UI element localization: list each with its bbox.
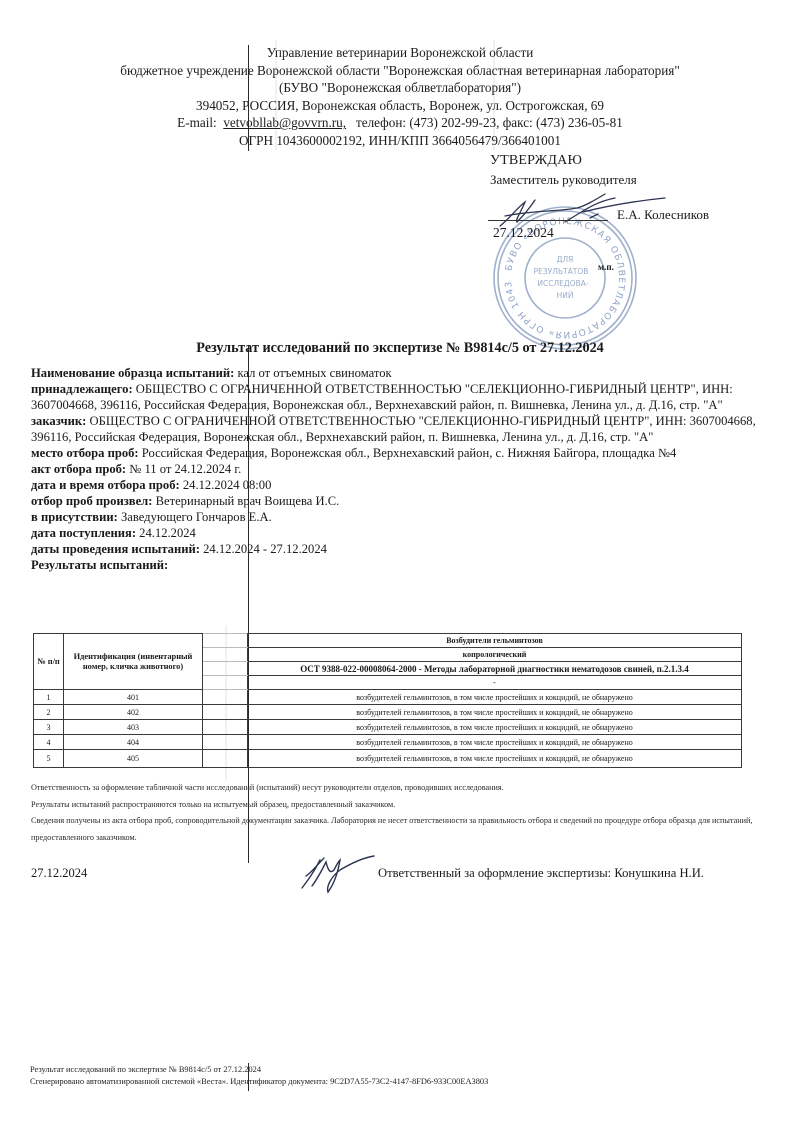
field-in-presence: в присутствии: Заведующего Гончаров Е.А. xyxy=(31,509,771,525)
method-type: копрологический xyxy=(248,648,742,662)
field-results-heading: Результаты испытаний: xyxy=(31,557,771,573)
signoff-date: 27.12.2024 xyxy=(31,866,87,881)
footer-generated-by: Сгенерировано автоматизированной системо… xyxy=(30,1076,488,1088)
field-customer: заказчик: ОБЩЕСТВО С ОГРАНИЧЕННОЙ ОТВЕТС… xyxy=(31,413,771,445)
page-footer: Результат исследований по экспертизе № В… xyxy=(30,1064,488,1088)
empty-cell xyxy=(203,690,248,705)
row-result: возбудителей гельминтозов, в том числе п… xyxy=(248,690,742,705)
row-identification: 402 xyxy=(64,705,203,720)
approval-date: 27.12.2024 xyxy=(493,225,554,241)
note: Ответственность за оформление табличной … xyxy=(31,780,771,797)
field-sampled-by: отбор проб произвел: Ветеринарный врач В… xyxy=(31,493,771,509)
approval-title: УТВЕРЖДАЮ xyxy=(490,153,637,169)
sample-details: Наименование образца испытаний: кал от о… xyxy=(31,365,771,573)
approver-name: Е.А. Колесников xyxy=(617,207,709,223)
empty-cell xyxy=(203,648,248,662)
norm-value: - xyxy=(248,676,742,690)
row-number: 5 xyxy=(34,750,64,768)
responsible-person: Ответственный за оформление экспертизы: … xyxy=(378,866,704,881)
row-identification: 405 xyxy=(64,750,203,768)
contact-line: E-mail: vetvobllab@govvrn.ru, телефон: (… xyxy=(0,114,800,132)
row-identification: 404 xyxy=(64,735,203,750)
field-sampling-place: место отбора проб: Российская Федерация,… xyxy=(31,445,771,461)
row-identification: 401 xyxy=(64,690,203,705)
field-sampling-act: акт отбора проб: № 11 от 24.12.2024 г. xyxy=(31,461,771,477)
disclaimer-notes: Ответственность за оформление табличной … xyxy=(31,780,771,846)
row-number: 1 xyxy=(34,690,64,705)
table-row: 1 401 возбудителей гельминтозов, в том ч… xyxy=(34,690,742,705)
approval-block: УТВЕРЖДАЮ Заместитель руководителя xyxy=(490,153,637,188)
responsible-signature xyxy=(298,850,378,896)
stamp-line: РЕЗУЛЬТАТОВ xyxy=(534,267,589,276)
table-row: 3 403 возбудителей гельминтозов, в том ч… xyxy=(34,720,742,735)
empty-cell xyxy=(203,662,248,676)
ogrn-line: ОГРН 1043600002192, ИНН/КПП 3664056479/3… xyxy=(0,132,800,150)
field-receipt-date: дата поступления: 24.12.2024 xyxy=(31,525,771,541)
email-label: E-mail: xyxy=(177,115,217,130)
row-number: 4 xyxy=(34,735,64,750)
field-test-dates: даты проведения испытаний: 24.12.2024 - … xyxy=(31,541,771,557)
phone-fax: телефон: (473) 202-99-23, факс: (473) 23… xyxy=(356,115,623,130)
stamp-line: ИССЛЕДОВА- xyxy=(537,279,589,288)
note: Результаты испытаний распространяются то… xyxy=(31,797,771,814)
indicator-header: Возбудители гельминтозов xyxy=(248,634,742,648)
seal-mark: м.п. xyxy=(598,262,614,272)
header-line: (БУВО "Воронежская облветлаборатория") xyxy=(0,79,800,97)
stamp-line: ДЛЯ xyxy=(557,255,574,264)
field-sample-name: Наименование образца испытаний: кал от о… xyxy=(31,365,771,381)
empty-cell xyxy=(203,676,248,690)
row-number: 2 xyxy=(34,705,64,720)
signature-line xyxy=(488,220,608,221)
col-header-number: № п/п xyxy=(34,634,64,690)
field-owner: принадлежащего: ОБЩЕСТВО С ОГРАНИЧЕННОЙ … xyxy=(31,381,771,413)
header-line: Управление ветеринарии Воронежской облас… xyxy=(0,44,800,62)
footer-reference: Результат исследований по экспертизе № В… xyxy=(30,1064,488,1076)
stamp-line: НИЙ xyxy=(557,291,574,300)
email-link[interactable]: vetvobllab@govvrn.ru, xyxy=(223,115,346,130)
empty-cell xyxy=(203,720,248,735)
empty-cell xyxy=(203,750,248,768)
approver-role: Заместитель руководителя xyxy=(490,172,637,188)
table-row: 4 404 возбудителей гельминтозов, в том ч… xyxy=(34,735,742,750)
note: Сведения получены из акта отбора проб, с… xyxy=(31,813,771,846)
row-result: возбудителей гельминтозов, в том числе п… xyxy=(248,705,742,720)
field-sampling-datetime: дата и время отбора проб: 24.12.2024 08:… xyxy=(31,477,771,493)
row-number: 3 xyxy=(34,720,64,735)
header-line: 394052, РОССИЯ, Воронежская область, Вор… xyxy=(0,97,800,115)
organization-header: Управление ветеринарии Воронежской облас… xyxy=(0,44,800,150)
row-identification: 403 xyxy=(64,720,203,735)
row-result: возбудителей гельминтозов, в том числе п… xyxy=(248,735,742,750)
empty-cell xyxy=(203,705,248,720)
results-table: № п/п Идентификация (инвентарный номер, … xyxy=(33,633,742,768)
header-line: бюджетное учреждение Воронежской области… xyxy=(0,62,800,80)
row-result: возбудителей гельминтозов, в том числе п… xyxy=(248,720,742,735)
table-row: 5 405 возбудителей гельминтозов, в том ч… xyxy=(34,750,742,768)
col-header-identification: Идентификация (инвентарный номер, кличка… xyxy=(64,634,203,690)
table-row: 2 402 возбудителей гельминтозов, в том ч… xyxy=(34,705,742,720)
row-result: возбудителей гельминтозов, в том числе п… xyxy=(248,750,742,768)
empty-cell xyxy=(203,634,248,648)
method-standard: ОСТ 9388-022-00008064-2000 - Методы лабо… xyxy=(248,662,742,676)
empty-cell xyxy=(203,735,248,750)
document-title: Результат исследований по экспертизе № В… xyxy=(0,340,800,357)
